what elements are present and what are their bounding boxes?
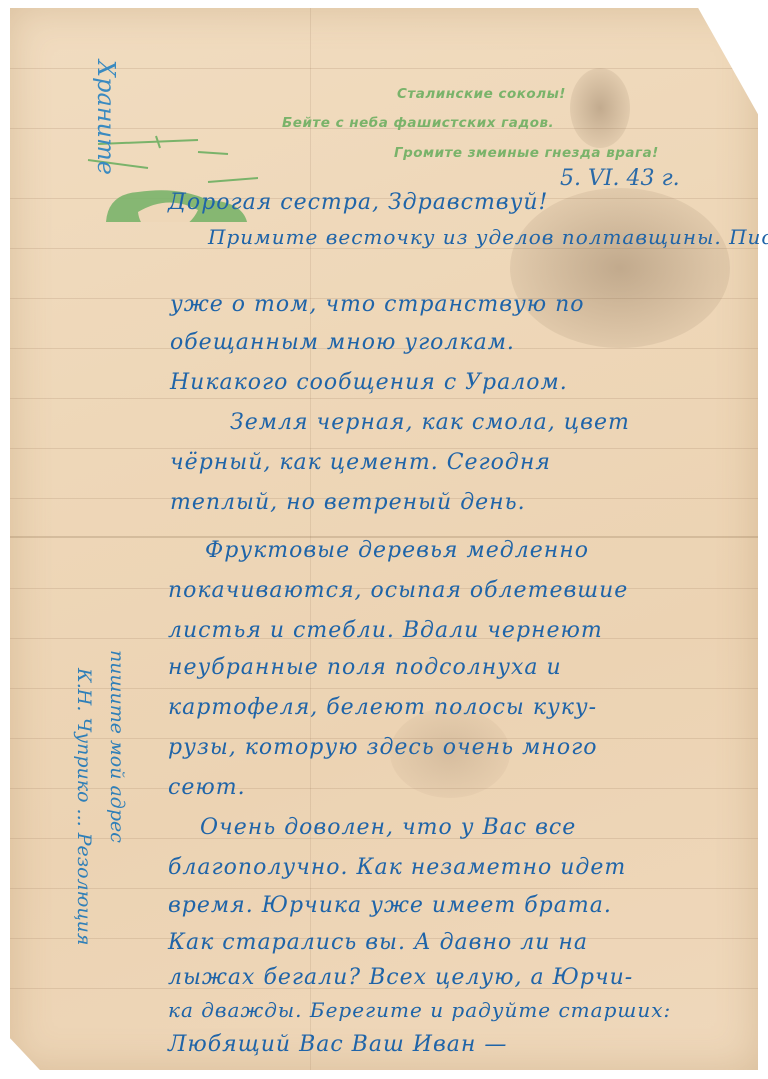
body-line: Как старались вы. А давно ли на [168,930,588,955]
body-line: лыжах бегали? Всех целую, а Юрчи- [168,965,633,990]
body-line: листья и стебли. Вдали чернеют [168,618,603,643]
body-line: неубранные поля подсолнуха и [168,655,562,680]
letterhead-line-1: Сталинские соколы! [397,86,566,102]
margin-note: К.Н. Чуприко ... Резолюция [73,668,95,945]
ruled-line [10,448,758,449]
letter-date: 5. VI. 43 г. [560,166,680,191]
body-line: рузы, которую здесь очень много [168,735,597,760]
body-line: Очень доволен, что у Вас все [200,815,576,840]
body-line: картофеля, белеют полосы куку- [168,695,597,720]
body-line: теплый, но ветреный день. [170,490,526,515]
body-line: ка дважды. Берегите и радуйте старших: [168,998,671,1022]
ruled-line [10,888,758,889]
letterhead-line-3: Громите змеиные гнезда врага! [394,145,659,161]
body-line: покачиваются, осыпая облетевшие [168,578,628,603]
margin-note: Храните [92,60,120,175]
body-line: уже о том, что странствую по [170,292,585,317]
body-line: Никакого сообщения с Уралом. [170,370,568,395]
body-line: Земля черная, как смола, цвет [230,410,630,435]
body-line: сеют. [168,775,246,800]
body-line: чёрный, как цемент. Сегодня [170,450,551,475]
ruled-line [10,398,758,399]
margin-note: пишите мой адрес [106,650,128,843]
letterhead-line-2: Бейте с неба фашистских гадов. [282,115,554,131]
ruled-line [10,68,758,69]
greeting-line: Дорогая сестра, Здравствуй! [168,190,548,215]
body-line: благополучно. Как незаметно идет [168,855,626,880]
body-line: Фруктовые деревья медленно [205,538,589,563]
body-line: время. Юрчика уже имеет брата. [168,893,612,918]
body-line: обещанным мною уголкам. [170,330,515,355]
ink-stain [570,68,630,148]
body-line: Примите весточку из уделов полтавщины. П… [208,225,768,249]
signature-line: Любящий Вас Ваш Иван — [168,1032,507,1057]
